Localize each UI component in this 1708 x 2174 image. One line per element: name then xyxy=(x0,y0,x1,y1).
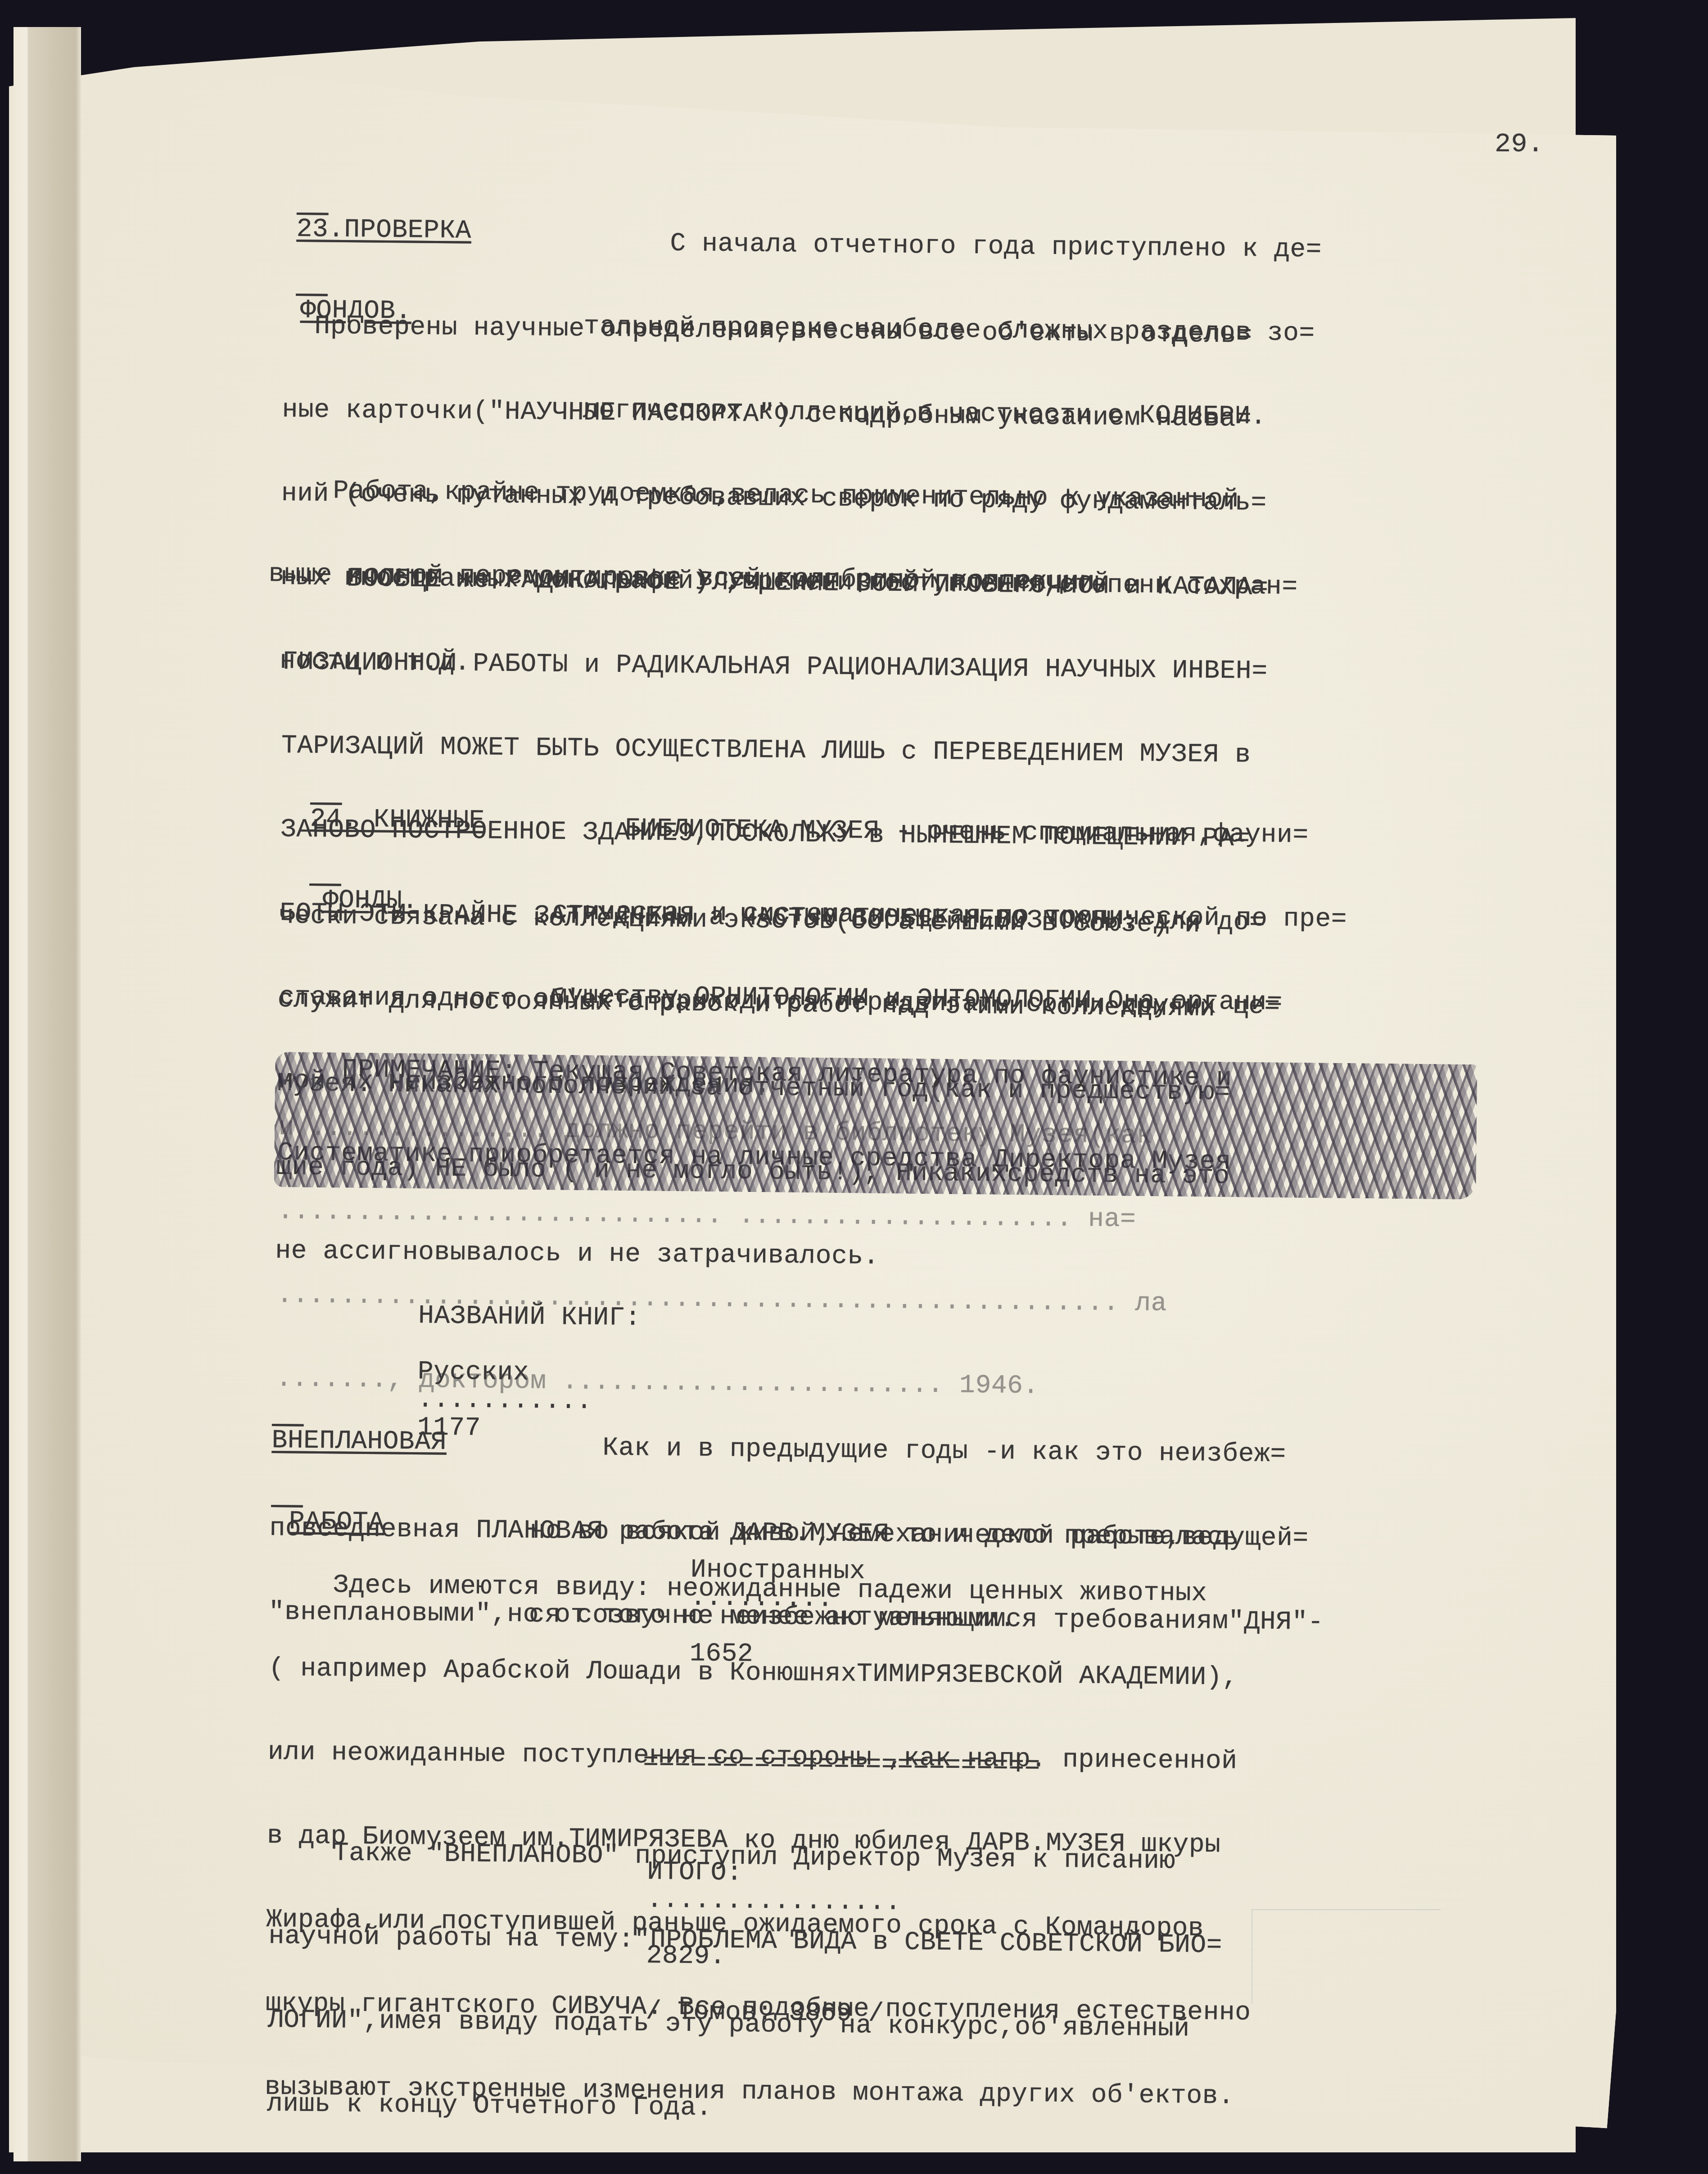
text-line: Также "ВНЕПЛАНОВО" приступил Директор Му… xyxy=(269,1839,1223,1876)
spacer xyxy=(418,1329,450,1359)
unplanned-paragraph-3: Также "ВНЕПЛАНОВО" приступил Директор Му… xyxy=(267,1783,1224,2155)
crossed-out-scribble xyxy=(274,1052,1478,1200)
book-counts-label: НАЗВАНИЙ КНИГ: xyxy=(418,1301,641,1333)
page-number: 29. xyxy=(1495,131,1544,159)
text-line: или неожиданные поступления со стороны ,… xyxy=(268,1739,1253,1776)
text-line: ЛОГИИ",имея ввиду подать эту работу на к… xyxy=(268,2006,1222,2043)
section-23-heading-line-1: 23.ПРОВЕРКА xyxy=(296,216,471,245)
text-line: ( например Арабской Лошади в КонюшняхТИМ… xyxy=(268,1655,1254,1692)
unplanned-heading-line-1: ВНЕПЛАНОВАЯ xyxy=(271,1427,447,1456)
text-line: Здесь имеются ввиду: неожиданные падежи … xyxy=(269,1571,1255,1608)
text-line: Проверены научные определения,внесены вс… xyxy=(283,313,1300,350)
text-line: ГИЗАЦИОННОЙ РАБОТЫ и РАДИКАЛЬНАЯ РАЦИОНА… xyxy=(282,648,1283,686)
faded-stamp xyxy=(1252,1909,1441,2004)
text-line: лишь к концу Отчетного Года. xyxy=(267,2090,1221,2127)
text-line: ВООБЩЕ же РАДИКАЛЬНОЕ УЛУЧШЕНИЕ ВСЕЙ ПРО… xyxy=(283,565,1284,602)
text-line: С начала отчетного года приступлено к де… xyxy=(584,229,1322,264)
text-line: БИБЛИОТЕКА МУЗЕЯ - очень специальная,фау… xyxy=(553,815,1348,850)
text-line: чески связана с коллекциями экзотов(бога… xyxy=(278,902,1232,939)
text-line: Работа,крайне трудоемкая,велась применит… xyxy=(269,477,1239,514)
binding-edge xyxy=(14,27,81,2161)
text-line: научной работы на тему:"ПРОБЛЕМА ВИДА в … xyxy=(268,1923,1222,1960)
section-24-heading-line-1: 24. КНИЖНЫЕ xyxy=(310,806,485,835)
